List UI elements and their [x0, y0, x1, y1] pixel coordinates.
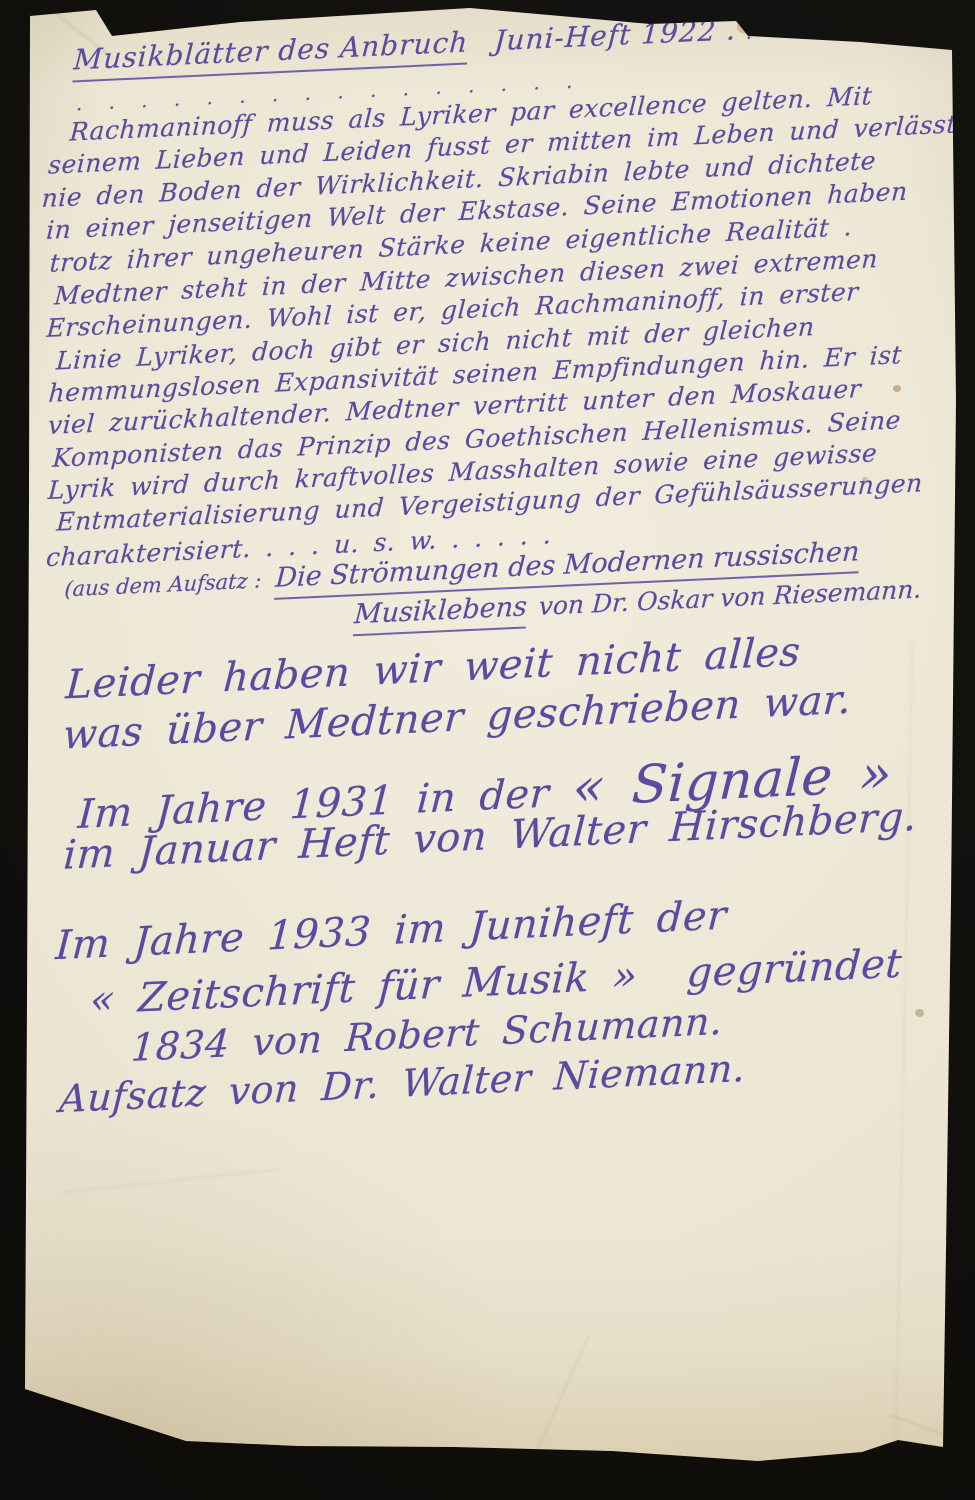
handwriting-layer: Musikblätter des AnbruchJuni-Heft 1922 .…	[0, 0, 975, 1500]
ellipsis-dots: . . . . .	[745, 13, 893, 44]
gegruendet-text: gegründet	[685, 941, 903, 997]
title-line: Musikblätter des AnbruchJuni-Heft 1922 .…	[73, 6, 895, 76]
photo-background: Musikblätter des AnbruchJuni-Heft 1922 .…	[0, 0, 975, 1500]
source-prefix: (aus dem Aufsatz :	[64, 568, 262, 601]
journal-title: Musikblätter des Anbruch	[72, 25, 469, 82]
essay-title-part-2: Musiklebens	[353, 591, 528, 636]
manuscript-paper: Musikblätter des AnbruchJuni-Heft 1922 .…	[0, 0, 975, 1500]
issue-date: Juni-Heft 1922 .	[493, 13, 737, 57]
